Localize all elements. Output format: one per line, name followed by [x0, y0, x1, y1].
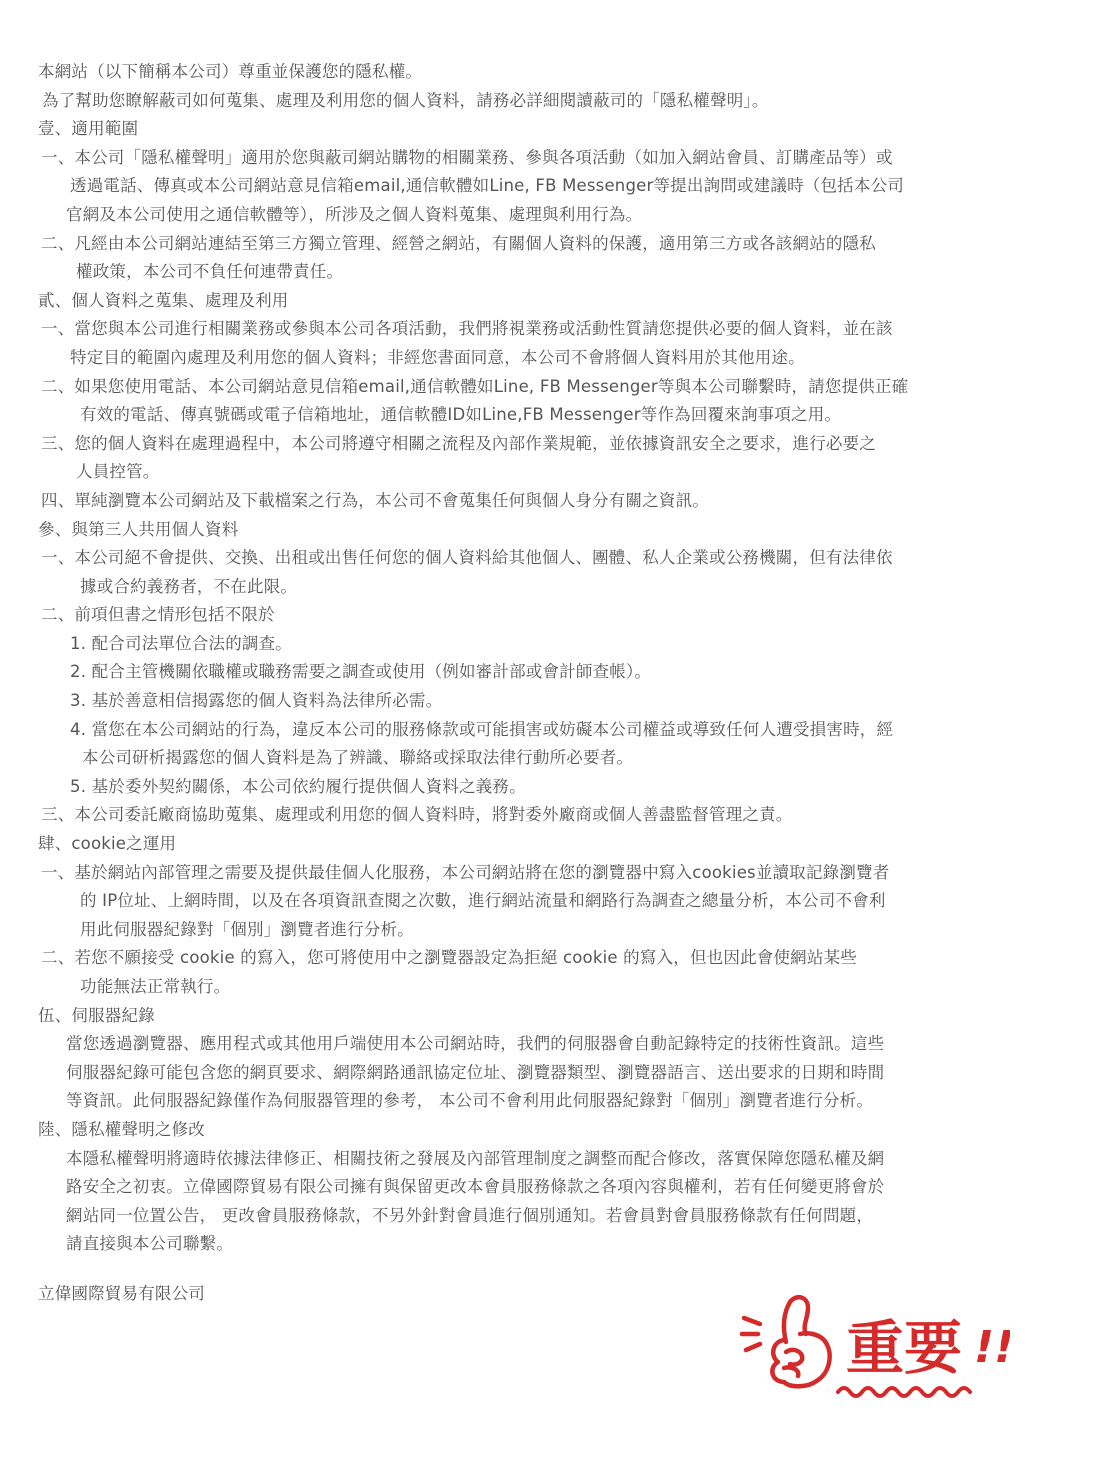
section-line: 一、當您與本公司進行相關業務或參與本公司各項活動，我們將視業務或活動性質請您提供…: [38, 315, 1038, 344]
section-line: 功能無法正常執行。: [38, 973, 1038, 1002]
section-line: 一、基於網站內部管理之需要及提供最佳個人化服務，本公司網站將在您的瀏覽器中寫入c…: [38, 859, 1038, 888]
section-heading-1: 壹、適用範圍: [38, 115, 1038, 144]
section-heading-3: 參、與第三人共用個人資料: [38, 516, 1038, 545]
numbered-item-3: 3. 基於善意相信揭露您的個人資料為法律所必需。: [38, 687, 1038, 716]
section-heading-5: 伍、伺服器紀錄: [38, 1002, 1038, 1031]
section-body-line: 本隱私權聲明將適時依據法律修正、相關技術之發展及內部管理制度之調整而配合修改，落…: [38, 1145, 1038, 1174]
important-stamp: 重要 !!: [738, 1282, 1010, 1402]
section-body-line: 伺服器紀錄可能包含您的網頁要求、網際網路通訊協定位址、瀏覽器類型、瀏覽器語言、送…: [38, 1059, 1038, 1088]
section-line: 人員控管。: [38, 458, 1038, 487]
wavy-underline: [838, 1388, 970, 1396]
section-line: 一、本公司「隱私權聲明」適用於您與蔽司網站購物的相關業務、參與各項活動（如加入網…: [38, 144, 1038, 173]
section-line: 有效的電話、傳真號碼或電子信箱地址，通信軟體ID如Line,FB Messeng…: [38, 401, 1038, 430]
numbered-item-5: 5. 基於委外契約關係，本公司依約履行提供個人資料之義務。: [38, 773, 1038, 802]
section-body-line: 當您透過瀏覽器、應用程式或其他用戶端使用本公司網站時，我們的伺服器會自動記錄特定…: [38, 1030, 1038, 1059]
section-line: 三、您的個人資料在處理過程中，本公司將遵守相關之流程及內部作業規範，並依據資訊安…: [38, 430, 1038, 459]
intro-line-2: 為了幫助您瞭解蔽司如何蒐集、處理及利用您的個人資料，請務必詳細閱讀蔽司的「隱私權…: [38, 87, 1038, 116]
section-line: 的 IP位址、上網時間，以及在各項資訊查閱之次數，進行網站流量和網路行為調查之總…: [38, 887, 1038, 916]
intro-line-1: 本網站（以下簡稱本公司）尊重並保護您的隱私權。: [38, 58, 1038, 87]
section-heading-6: 陸、隱私權聲明之修改: [38, 1116, 1038, 1145]
section-line: 官網及本公司使用之通信軟體等），所涉及之個人資料蒐集、處理與利用行為。: [38, 201, 1038, 230]
section-body-line: 路安全之初衷。立偉國際貿易有限公司擁有與保留更改本會員服務條款之各項內容與權利，…: [38, 1173, 1038, 1202]
numbered-item-1: 1. 配合司法單位合法的調查。: [38, 630, 1038, 659]
privacy-policy-document: 本網站（以下簡稱本公司）尊重並保護您的隱私權。 為了幫助您瞭解蔽司如何蒐集、處理…: [38, 58, 1038, 1259]
stamp-text: 重要: [846, 1314, 962, 1382]
section-line: 據或合約義務者，不在此限。: [38, 573, 1038, 602]
numbered-item-4-cont: 本公司研析揭露您的個人資料是為了辨識、聯絡或採取法律行動所必要者。: [38, 744, 1038, 773]
section-line: 二、如果您使用電話、本公司網站意見信箱email,通信軟體如Line, FB M…: [38, 373, 1038, 402]
section-line: 特定目的範圍內處理及利用您的個人資料；非經您書面同意，本公司不會將個人資料用於其…: [38, 344, 1038, 373]
section-body-line: 請直接與本公司聯繫。: [38, 1230, 1038, 1259]
section-line: 二、若您不願接受 cookie 的寫入，您可將使用中之瀏覽器設定為拒絕 cook…: [38, 944, 1038, 973]
section-line: 用此伺服器紀錄對「個別」瀏覽者進行分析。: [38, 916, 1038, 945]
section-body-line: 等資訊。此伺服器紀錄僅作為伺服器管理的參考， 本公司不會利用此伺服器紀錄對「個別…: [38, 1087, 1038, 1116]
company-name: 立偉國際貿易有限公司: [38, 1280, 205, 1304]
section-line: 一、本公司絕不會提供、交換、出租或出售任何您的個人資料給其他個人、團體、私人企業…: [38, 544, 1038, 573]
section-line: 透過電話、傳真或本公司網站意見信箱email,通信軟體如Line, FB Mes…: [38, 172, 1038, 201]
numbered-item-2: 2. 配合主管機關依職權或職務需要之調查或使用（例如審計部或會計師查帳）。: [38, 658, 1038, 687]
section-line: 三、本公司委託廠商協助蒐集、處理或利用您的個人資料時，將對委外廠商或個人善盡監督…: [38, 801, 1038, 830]
thumbs-up-icon: 重要 !!: [738, 1282, 1010, 1402]
section-line: 權政策，本公司不負任何連帶責任。: [38, 258, 1038, 287]
section-body-line: 網站同一位置公告， 更改會員服務條款，不另外針對會員進行個別通知。若會員對會員服…: [38, 1202, 1038, 1231]
section-line: 四、單純瀏覽本公司網站及下載檔案之行為，本公司不會蒐集任何與個人身分有關之資訊。: [38, 487, 1038, 516]
section-heading-4: 肆、cookie之運用: [38, 830, 1038, 859]
section-heading-2: 貳、個人資料之蒐集、處理及利用: [38, 287, 1038, 316]
stamp-exclamation: !!: [974, 1322, 1010, 1373]
section-line: 二、凡經由本公司網站連結至第三方獨立管理、經營之網站，有關個人資料的保護，適用第…: [38, 230, 1038, 259]
section-line: 二、前項但書之情形包括不限於: [38, 601, 1038, 630]
numbered-item-4: 4. 當您在本公司網站的行為，違反本公司的服務條款或可能損害或妨礙本公司權益或導…: [38, 716, 1038, 745]
